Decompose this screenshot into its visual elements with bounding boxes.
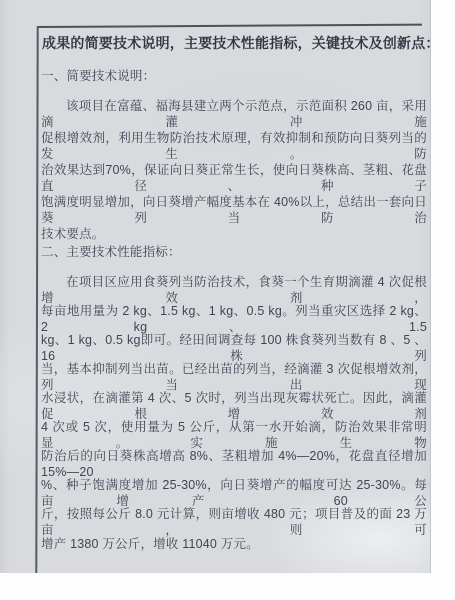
- section-2-line-3: kg、1 kg、0.5 kg即可。经田间调查每 100 株食葵列当数有 8 、5…: [41, 333, 427, 364]
- title-top-rule: [38, 24, 422, 28]
- section-2-line-4: 当，基本抑制列当出苗。已经出苗的列当，经滴灌 3 次促根增效剂，列当出现: [41, 362, 427, 393]
- section-1-line-4: 饱满度明显增加，向日葵增产幅度基本在 40%以上，总结出一套向日葵列当防治: [41, 195, 427, 226]
- section-1-line-2: 促根增效剂，利用生物防治技术原理，有效抑制和预防向日葵列当的发生。防: [41, 131, 427, 162]
- section-2-heading: 二、主要技术性能指标：: [41, 245, 427, 261]
- section-1-line-3: 治效果达到70%，保证向日葵正常生长，使向日葵株高、茎粗、花盘直径、种子: [41, 163, 427, 194]
- section-2-line-5: 水浸状，在滴灌第 4 次、5 次时，列当出现灰霉状死亡。因此，滴灌促根增效剂: [41, 391, 427, 422]
- section-1-line-1: 该项目在富蕴、福海县建立两个示范点，示范面积 260 亩，采用滴灌冲施: [41, 99, 427, 130]
- section-2-line-6: 4 次或 5 次，使用量为 5 公斤，从第一水开始滴，防治效果非常明显。实施生物: [41, 420, 427, 451]
- document-title: 成果的简要技术说明，主要技术性能指标，关键技术及创新点：: [42, 35, 422, 53]
- section-1-line-5: 技术要点。: [41, 227, 427, 243]
- section-2-line-9: 斤，按照每公斤 8.0 元计算，则亩增收 480 元；项目普及的面 23 万亩，…: [41, 507, 427, 538]
- scanned-page-background: 成果的简要技术说明，主要技术性能指标，关键技术及创新点： 一、简要技术说明： 该…: [0, 0, 431, 573]
- left-margin-rule: [35, 26, 38, 573]
- section-1-heading: 一、简要技术说明：: [41, 69, 427, 85]
- section-2-line-10: 增产 1380 万公斤，增收 11040 万元。: [41, 537, 427, 553]
- section-2-line-7: 防治后的向日葵株高增高 8%、茎粗增加 4%—20%，花盘直径增加 15%—20: [41, 449, 427, 480]
- section-2-line-1: 在项目区应用食葵列当防治技术，食葵一个生育期滴灌 4 次促根增效剂，: [41, 275, 427, 306]
- section-2-line-8: %、种子饱满度增加 25-30%，向日葵增产的幅度可达 25-30%。每亩增产 …: [41, 478, 427, 509]
- section-2-line-2: 每亩地用量为 2 kg、1.5 kg、1 kg、0.5 kg。列当重灾区选择 2…: [41, 304, 427, 335]
- scanned-document: 成果的简要技术说明，主要技术性能指标，关键技术及创新点： 一、简要技术说明： 该…: [0, 0, 455, 600]
